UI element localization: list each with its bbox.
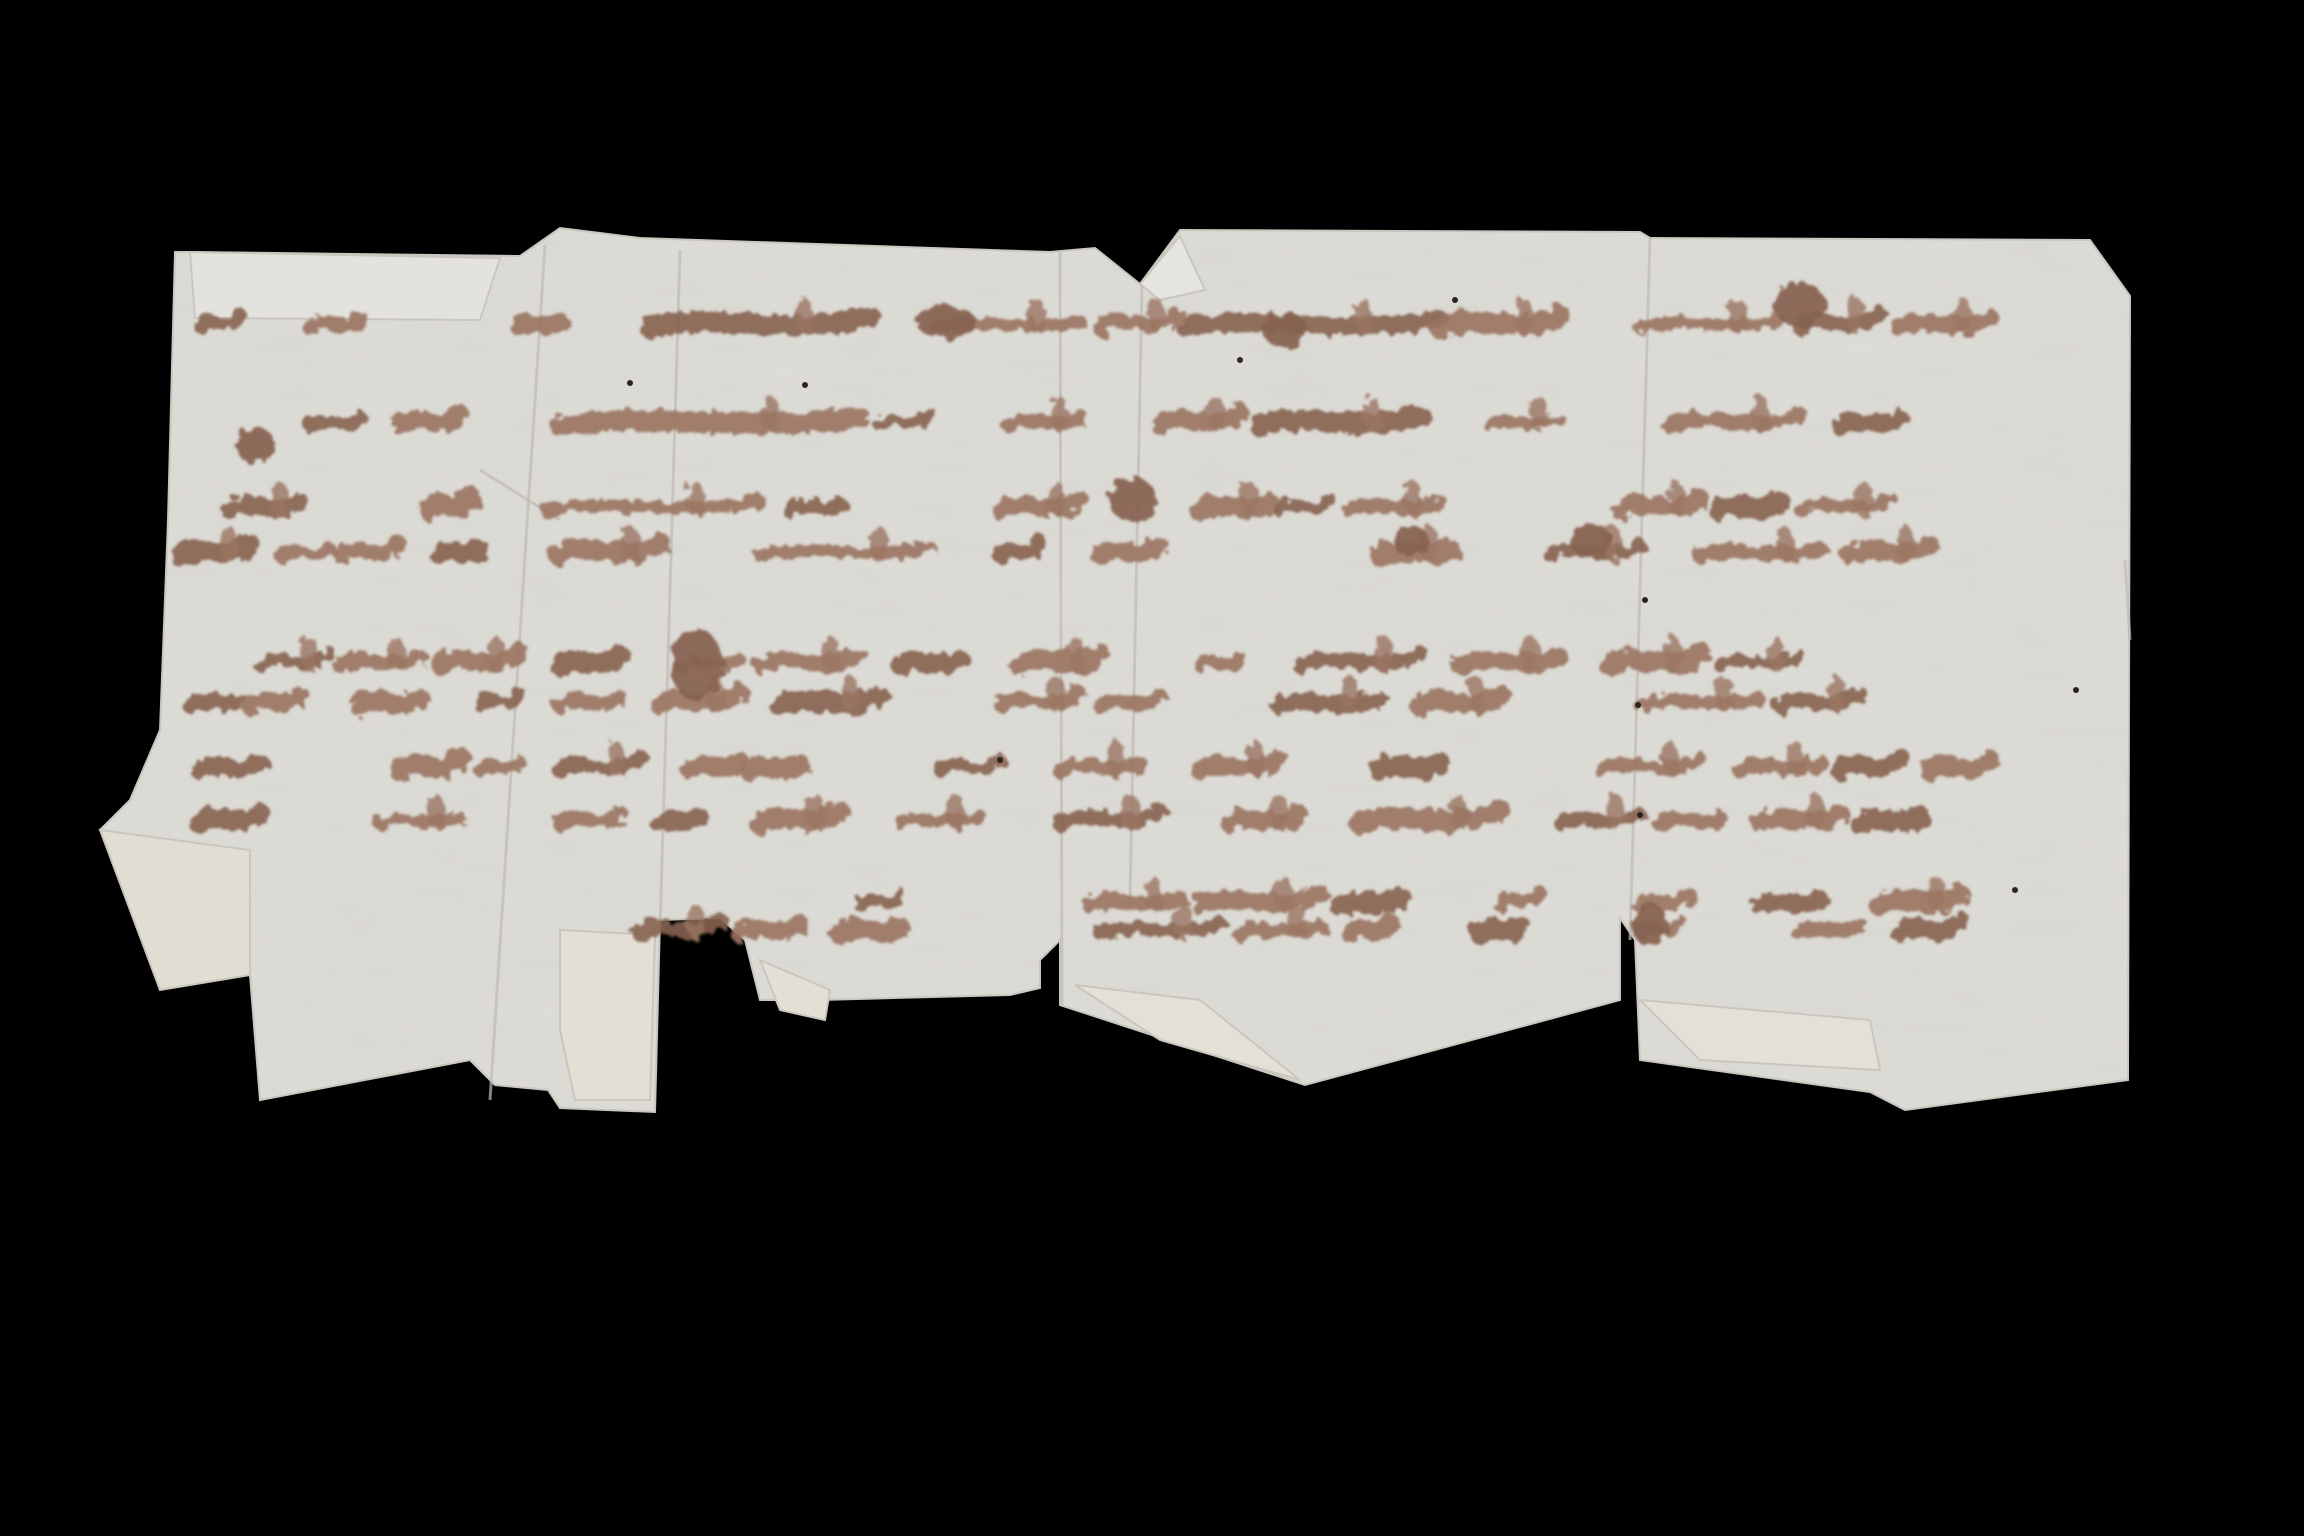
ink-stroke	[1860, 817, 1920, 824]
ink-blot	[235, 427, 275, 463]
pin-hole	[1452, 297, 1458, 303]
pin-hole	[2073, 687, 2079, 693]
ink-loop	[607, 741, 625, 777]
ink-loop	[1107, 741, 1125, 777]
ink-stroke	[1200, 504, 1270, 511]
ink-blot	[1263, 312, 1307, 348]
photograph-stage: Fragment of a handwritten letter, water-…	[0, 0, 2304, 1536]
ink-stroke	[340, 657, 420, 666]
ink-stroke	[560, 543, 660, 556]
ink-loop	[1341, 676, 1359, 712]
ink-stroke	[250, 695, 300, 706]
ink-stroke	[180, 545, 250, 556]
ink-stroke	[1100, 546, 1160, 556]
pin-hole	[2012, 887, 2018, 893]
ink-loop	[1767, 636, 1785, 672]
ink-stroke	[1420, 695, 1500, 706]
pin-hole	[802, 382, 808, 388]
ink-stroke	[1900, 318, 1990, 328]
ink-loop	[1530, 396, 1548, 432]
ink-stroke	[1020, 654, 1100, 666]
ink-loop	[947, 794, 965, 830]
ink-loop	[1050, 396, 1068, 432]
ink-loop	[1144, 876, 1162, 912]
ink-stroke	[1230, 815, 1300, 824]
ink-loop	[1121, 794, 1139, 830]
ink-loop	[1355, 298, 1373, 334]
ink-loop	[1827, 676, 1845, 712]
ink-stroke	[760, 655, 860, 666]
ink-loop	[1847, 298, 1865, 334]
ink-stroke	[1640, 699, 1760, 706]
ink-loop	[1664, 636, 1682, 672]
ink-stroke	[1360, 810, 1500, 824]
ink-stroke	[1060, 764, 1140, 771]
paper-flap	[560, 930, 655, 1100]
ink-stroke	[1090, 898, 1180, 906]
ink-stroke	[1300, 653, 1420, 666]
ink-loop	[841, 676, 859, 712]
ink-loop	[1287, 904, 1305, 940]
ink-stroke	[230, 502, 300, 511]
ink-loop	[1240, 481, 1258, 517]
ink-stroke	[400, 414, 460, 426]
ink-stroke	[380, 818, 460, 824]
ink-stroke	[780, 697, 880, 706]
ink-loop	[1854, 481, 1872, 517]
pin-hole	[1637, 812, 1643, 818]
ink-stroke	[1480, 926, 1520, 934]
ink-stroke	[640, 920, 720, 934]
ink-stroke	[1660, 818, 1720, 824]
ink-stroke	[480, 762, 520, 771]
ink-loop	[1207, 396, 1225, 432]
ink-blot	[1774, 283, 1826, 327]
ink-loop	[687, 481, 705, 517]
ink-loop	[621, 526, 639, 562]
ink-stroke	[1930, 761, 1990, 771]
ink-stroke	[310, 419, 360, 426]
ink-stroke	[1720, 502, 1780, 511]
ink-stroke	[1200, 759, 1280, 771]
ink-loop	[1270, 794, 1288, 830]
ink-loop	[1775, 526, 1793, 562]
ink-loop	[1175, 904, 1193, 940]
ink-stroke	[560, 418, 860, 426]
ink-loop	[1275, 876, 1293, 912]
ink-blot	[1568, 524, 1612, 556]
ink-loop	[1449, 794, 1467, 830]
ink-stroke	[1350, 503, 1440, 511]
ink-stroke	[1560, 814, 1640, 824]
ink-blot	[1109, 478, 1157, 522]
ink-stroke	[1340, 897, 1400, 906]
ink-loop	[870, 526, 888, 562]
ink-stroke	[440, 652, 520, 666]
ink-stroke	[750, 765, 800, 771]
ink-loop	[1927, 876, 1945, 912]
ink-stroke	[690, 761, 740, 771]
ink-stroke	[760, 812, 840, 824]
ink-loop	[387, 636, 405, 672]
ink-loop	[300, 636, 318, 672]
ink-stroke	[660, 817, 700, 824]
ink-stroke	[1760, 813, 1840, 824]
ink-stroke	[1240, 927, 1320, 934]
pin-hole	[1642, 597, 1648, 603]
ink-stroke	[200, 814, 260, 824]
ink-stroke	[1185, 320, 1440, 328]
ink-stroke	[1260, 416, 1420, 426]
ink-stroke	[1900, 920, 1960, 934]
ink-stroke	[790, 505, 840, 511]
ink-stroke	[1840, 757, 1900, 771]
ink-loop	[1715, 676, 1733, 712]
ink-loop	[1404, 481, 1422, 517]
paper-flap	[100, 830, 250, 990]
ink-blot	[916, 306, 976, 338]
ink-loop	[270, 481, 288, 517]
ink-loop	[1028, 298, 1046, 334]
ink-stroke	[1380, 763, 1440, 771]
ink-loop	[1247, 741, 1265, 777]
ink-stroke	[1850, 544, 1930, 556]
ink-stroke	[1800, 925, 1860, 934]
damaged-letter-fragment	[0, 0, 2304, 1536]
ink-loop	[761, 396, 779, 432]
ink-stroke	[560, 813, 620, 824]
ink-loop	[1047, 481, 1065, 517]
ink-blot	[1632, 903, 1668, 947]
ink-stroke	[1100, 316, 1180, 328]
ink-stroke	[1490, 420, 1560, 426]
ink-stroke	[1880, 895, 1960, 906]
ink-loop	[1661, 741, 1679, 777]
ink-stroke	[1610, 652, 1700, 666]
ink-stroke	[1010, 417, 1080, 426]
ink-stroke	[940, 760, 1000, 771]
ink-stroke	[1440, 315, 1560, 328]
ink-loop	[1521, 636, 1539, 672]
pin-hole	[1635, 702, 1641, 708]
ink-stroke	[1350, 922, 1390, 934]
ink-stroke	[310, 318, 360, 328]
pin-hole	[627, 380, 633, 386]
ink-stroke	[840, 928, 900, 934]
ink-loop	[1067, 636, 1085, 672]
ink-stroke	[190, 700, 240, 706]
ink-stroke	[560, 656, 620, 666]
ink-stroke	[440, 548, 480, 556]
ink-loop	[795, 298, 813, 334]
ink-loop	[220, 526, 238, 562]
ink-stroke	[1200, 658, 1240, 666]
ink-loop	[427, 794, 445, 830]
fold-crease	[1060, 252, 1062, 1005]
ink-stroke	[1060, 811, 1160, 824]
ink-stroke	[1200, 893, 1320, 906]
ink-loop	[1897, 526, 1915, 562]
ink-stroke	[1720, 656, 1800, 666]
ink-loop	[487, 636, 505, 672]
ink-stroke	[1000, 500, 1080, 511]
ink-loop	[1467, 676, 1485, 712]
ink-stroke	[1670, 415, 1800, 426]
ink-stroke	[1740, 762, 1820, 771]
ink-loop	[1375, 636, 1393, 672]
ink-stroke	[1280, 700, 1380, 706]
ink-loop	[687, 904, 705, 940]
ink-loop	[1047, 676, 1065, 712]
ink-stroke	[360, 699, 420, 706]
ink-stroke	[560, 698, 620, 706]
ink-stroke	[520, 322, 560, 328]
ink-stroke	[1620, 498, 1700, 511]
ink-loop	[1807, 794, 1825, 830]
paper-grain	[100, 228, 2130, 1112]
ink-stroke	[1780, 694, 1860, 706]
ink-loop	[1515, 298, 1533, 334]
ink-stroke	[280, 549, 330, 556]
ink-stroke	[1840, 419, 1900, 426]
ink-stroke	[900, 659, 960, 666]
ink-loop	[1667, 481, 1685, 517]
ink-stroke	[340, 544, 400, 556]
ink-loop	[1147, 298, 1165, 334]
ink-stroke	[200, 763, 260, 771]
ink-loop	[1729, 298, 1747, 334]
ink-stroke	[1460, 657, 1560, 666]
ink-stroke	[650, 317, 870, 328]
pin-hole	[997, 757, 1003, 763]
ink-stroke	[760, 547, 930, 556]
ink-loop	[1363, 396, 1381, 432]
ink-stroke	[740, 924, 800, 934]
ink-stroke	[1640, 319, 1780, 328]
ink-stroke	[900, 816, 980, 824]
pin-hole	[1237, 357, 1243, 363]
ink-loop	[1752, 396, 1770, 432]
paper-texture	[100, 228, 2130, 1112]
ink-stroke	[1160, 412, 1240, 426]
ink-blot	[671, 629, 723, 701]
ink-loop	[1607, 794, 1625, 830]
ink-blot	[1392, 524, 1428, 556]
ink-loop	[1787, 741, 1805, 777]
ink-stroke	[430, 497, 470, 511]
ink-loop	[1954, 298, 1972, 334]
ink-stroke	[1100, 696, 1160, 706]
ink-stroke	[1760, 900, 1820, 906]
ink-stroke	[1000, 542, 1040, 556]
ink-stroke	[1700, 549, 1820, 556]
ink-stroke	[545, 501, 760, 511]
ink-loop	[821, 636, 839, 672]
ink-loop	[807, 794, 825, 830]
ink-stroke	[1100, 923, 1220, 934]
ink-stroke	[400, 758, 460, 771]
